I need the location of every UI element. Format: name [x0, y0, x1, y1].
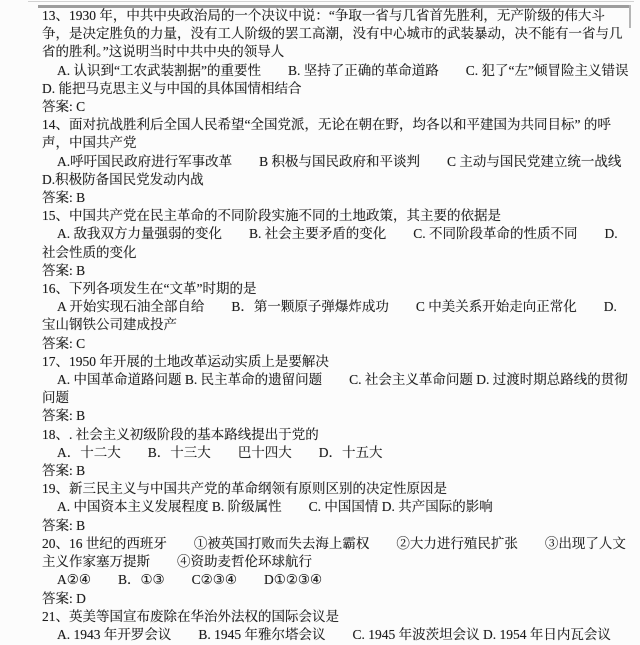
question-block: 13、1930 年，中共中央政治局的一个决议中说：“争取一省与几省首先胜利，无产…: [42, 7, 630, 116]
answer-line: 答案: B: [42, 407, 630, 425]
question-block: 16、下列各项发生在“文革”时期的是 A 开始实现石油全部自给 B．第一颗原子弹…: [42, 280, 630, 353]
question-block: 15、中国共产党在民主革命的不同阶段实施不同的土地政策，其主要的依据是 A. 敌…: [42, 207, 630, 280]
answer-line: 答案: C: [42, 98, 630, 116]
document-page: 13、1930 年，中共中央政治局的一个决议中说：“争取一省与几省首先胜利，无产…: [0, 0, 640, 645]
question-options: A. 认识到“工农武装割据”的重要性 B. 坚持了正确的革命道路 C. 犯了“左…: [42, 62, 630, 98]
question-options: A. 中国资本主义发展程度 B. 阶级属性 C. 中国国情 D. 共产国际的影响: [42, 498, 630, 516]
answer-line: 答案: B: [42, 462, 630, 480]
answer-line: 答案: B: [42, 517, 630, 535]
question-options: A．十二大 B．十三大 巴十四大 D．十五大: [42, 444, 630, 462]
question-block: 17、1950 年开展的土地改革运动实质上是要解决 A. 中国革命道路问题 B.…: [42, 353, 630, 426]
question-stem: 16、下列各项发生在“文革”时期的是: [42, 280, 630, 298]
question-options: A. 敌我双方力量强弱的变化 B. 社会主要矛盾的变化 C. 不同阶段革命的性质…: [42, 225, 630, 261]
question-block: 20、16 世纪的西班牙 ①被英国打败而失去海上霸权 ②大力进行殖民扩张 ③出现…: [42, 535, 630, 608]
question-stem: 20、16 世纪的西班牙 ①被英国打败而失去海上霸权 ②大力进行殖民扩张 ③出现…: [42, 535, 630, 571]
question-options: A. 中国革命道路问题 B. 民主革命的遗留问题 C. 社会主义革命问题 D. …: [42, 371, 630, 407]
answer-line: 答案: C: [42, 335, 630, 353]
question-options: A②④ B．①③ C②③④ D①②③④: [42, 571, 630, 589]
question-options: A 开始实现石油全部自给 B．第一颗原子弹爆炸成功 C 中美关系开始走向正常化 …: [42, 298, 630, 334]
question-block: 19、新三民主义与中国共产党的革命纲领有原则区别的决定性原因是 A. 中国资本主…: [42, 480, 630, 535]
questions-list: 13、1930 年，中共中央政治局的一个决议中说：“争取一省与几省首先胜利，无产…: [42, 7, 630, 644]
answer-line: 答案: B: [42, 262, 630, 280]
question-stem: 14、面对抗战胜利后全国人民希望“全国党派，无论在朝在野，均各以和平建国为共同目…: [42, 116, 630, 152]
question-options: A.呼吁国民政府进行军事改革 B 积极与国民政府和平谈判 C 主动与国民党建立统…: [42, 153, 630, 189]
page-top-thin-rule: [28, 1, 634, 2]
answer-line: 答案: D: [42, 590, 630, 608]
question-stem: 15、中国共产党在民主革命的不同阶段实施不同的土地政策，其主要的依据是: [42, 207, 630, 225]
question-stem: 17、1950 年开展的土地改革运动实质上是要解决: [42, 353, 630, 371]
answer-line: 答案: B: [42, 189, 630, 207]
question-block: 18、. 社会主义初级阶段的基本路线提出于党的 A．十二大 B．十三大 巴十四大…: [42, 426, 630, 481]
question-stem: 13、1930 年，中共中央政治局的一个决议中说：“争取一省与几省首先胜利，无产…: [42, 7, 630, 62]
question-stem: 21、英美等国宣布废除在华治外法权的国际会议是: [42, 608, 630, 626]
question-stem: 18、. 社会主义初级阶段的基本路线提出于党的: [42, 426, 630, 444]
question-block: 14、面对抗战胜利后全国人民希望“全国党派，无论在朝在野，均各以和平建国为共同目…: [42, 116, 630, 207]
question-stem: 19、新三民主义与中国共产党的革命纲领有原则区别的决定性原因是: [42, 480, 630, 498]
question-block: 21、英美等国宣布废除在华治外法权的国际会议是 A. 1943 年开罗会议 B.…: [42, 608, 630, 644]
question-options: A. 1943 年开罗会议 B. 1945 年雅尔塔会议 C. 1945 年波茨…: [42, 626, 630, 644]
